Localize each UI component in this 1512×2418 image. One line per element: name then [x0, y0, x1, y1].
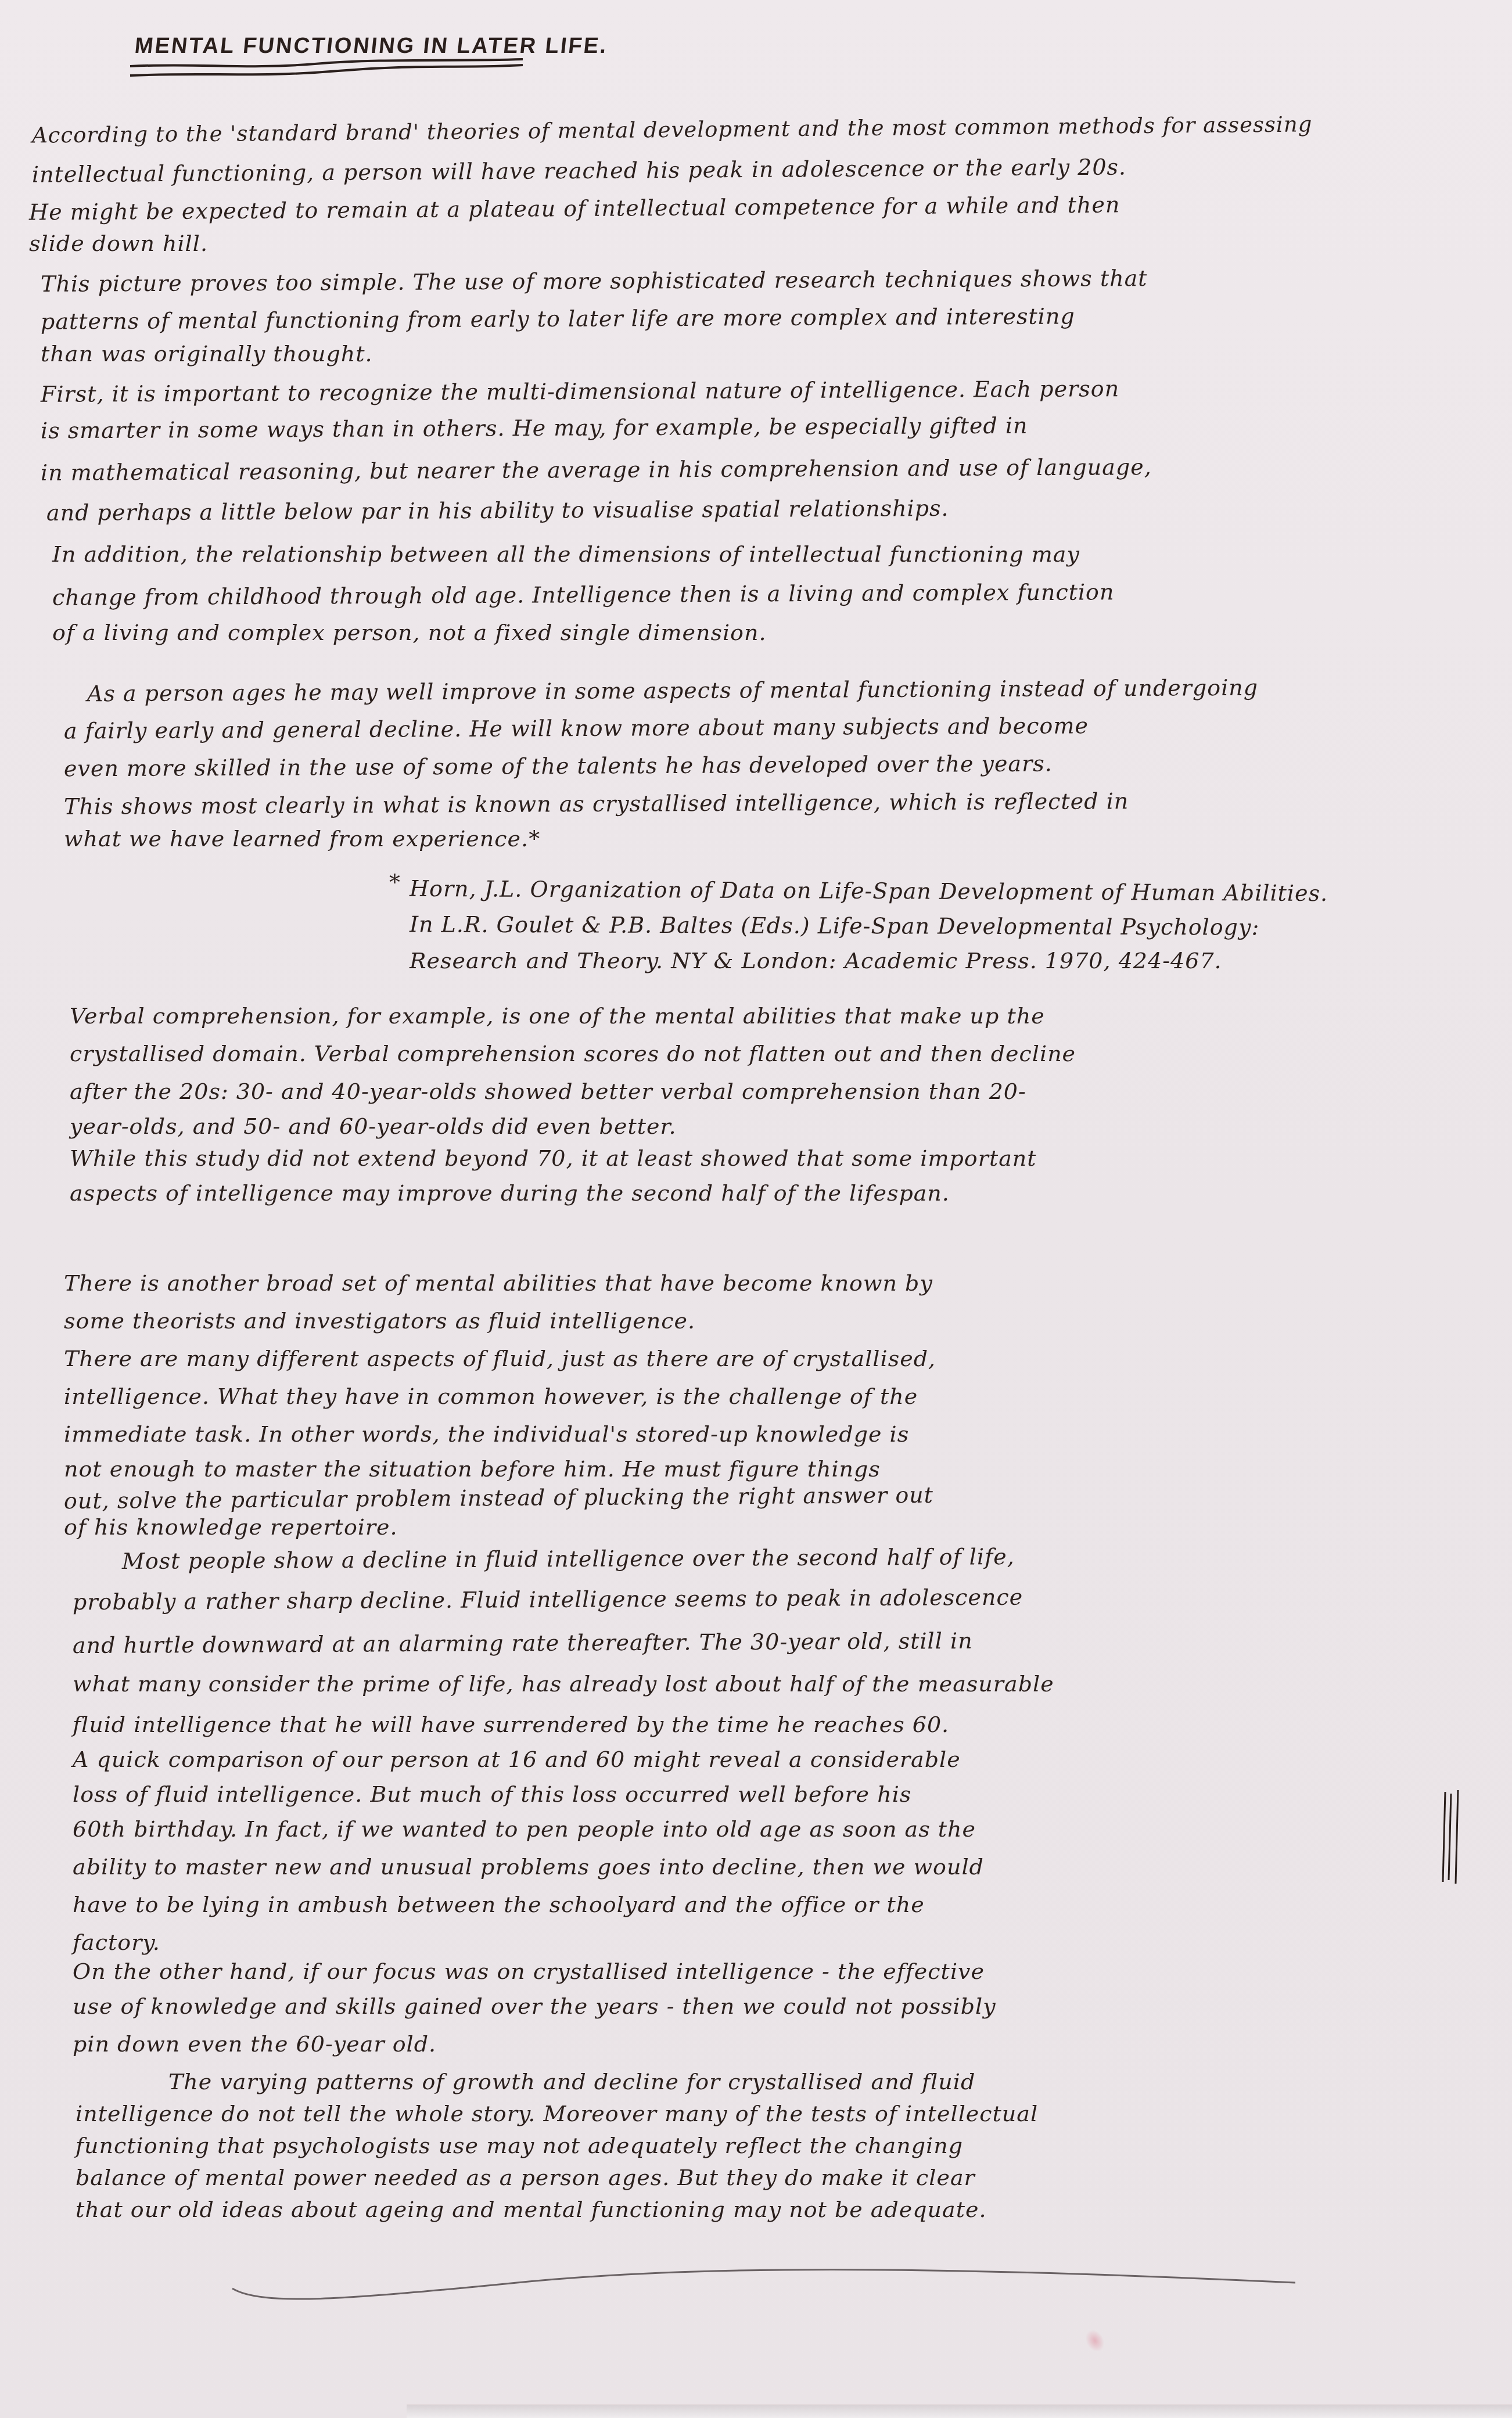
text-line: balance of mental power needed as a pers…	[76, 2167, 975, 2189]
text-line: patterns of mental functioning from earl…	[41, 305, 1075, 332]
text-line: loss of fluid intelligence. But much of …	[73, 1783, 911, 1805]
text-line: In addition, the relationship between al…	[52, 543, 1080, 565]
text-line: out, solve the particular problem instea…	[64, 1484, 933, 1512]
text-line: As a person ages he may well improve in …	[87, 677, 1258, 705]
text-line: immediate task. In other words, the indi…	[64, 1423, 909, 1445]
text-line: of his knowledge repertoire.	[64, 1516, 398, 1538]
text-line: fluid intelligence that he will have sur…	[73, 1713, 949, 1736]
text-line: He might be expected to remain at a plat…	[29, 193, 1120, 223]
text-line: a fairly early and general decline. He w…	[64, 714, 1089, 742]
text-line: change from childhood through old age. I…	[52, 581, 1115, 609]
text-line: than was originally thought.	[41, 343, 373, 365]
text-line: use of knowledge and skills gained over …	[73, 1995, 996, 2017]
paper-sheet: MENTAL FUNCTIONING IN LATER LIFE. Accord…	[0, 0, 1512, 2418]
text-line: intelligence. What they have in common h…	[64, 1385, 918, 1407]
text-line: According to the 'standard brand' theori…	[32, 113, 1313, 146]
text-line: This shows most clearly in what is known…	[64, 790, 1129, 818]
text-line: after the 20s: 30- and 40-year-olds show…	[70, 1080, 1026, 1102]
text-line: year-olds, and 50- and 60-year-olds did …	[70, 1115, 677, 1137]
text-line: intelligence do not tell the whole story…	[76, 2103, 1038, 2125]
text-line: what many consider the prime of life, ha…	[73, 1673, 1054, 1695]
text-line: what we have learned from experience.*	[64, 828, 540, 850]
page-title: MENTAL FUNCTIONING IN LATER LIFE.	[134, 34, 609, 59]
text-line: The varying patterns of growth and decli…	[168, 2071, 975, 2093]
text-line: A quick comparison of our person at 16 a…	[73, 1748, 961, 1770]
text-line: in mathematical reasoning, but nearer th…	[41, 456, 1152, 484]
text-line: While this study did not extend beyond 7…	[70, 1147, 1037, 1169]
text-line: aspects of intelligence may improve duri…	[70, 1182, 950, 1204]
text-line: This picture proves too simple. The use …	[41, 267, 1148, 295]
text-line: 60th birthday. In fact, if we wanted to …	[73, 1818, 976, 1840]
text-line: intellectual functioning, a person will …	[32, 156, 1126, 185]
text-line: ability to master new and unusual proble…	[73, 1856, 984, 1878]
footnote-line: In L.R. Goulet & P.B. Baltes (Eds.) Life…	[410, 913, 1259, 938]
text-line: is smarter in some ways than in others. …	[41, 415, 1028, 442]
footnote-line: Horn, J.L. Organization of Data on Life-…	[410, 878, 1328, 904]
text-line: have to be lying in ambush between the s…	[73, 1894, 925, 1916]
text-line: functioning that psychologists use may n…	[76, 2135, 963, 2157]
paper-bottom-edge	[407, 2405, 1512, 2418]
text-line: and perhaps a little below par in his ab…	[46, 497, 949, 524]
text-line: There is another broad set of mental abi…	[64, 1272, 933, 1294]
text-line: Most people show a decline in fluid inte…	[122, 1546, 1015, 1572]
text-line: probably a rather sharp decline. Fluid i…	[73, 1586, 1023, 1614]
text-line: There are many different aspects of flui…	[64, 1348, 936, 1370]
text-line: of a living and complex person, not a fi…	[52, 621, 766, 644]
text-line: some theorists and investigators as flui…	[64, 1310, 695, 1332]
margin-tally-marks	[1441, 1789, 1464, 1894]
text-line: not enough to master the situation befor…	[64, 1458, 881, 1480]
text-line: slide down hill.	[29, 232, 208, 254]
text-line: crystallised domain. Verbal comprehensio…	[70, 1043, 1076, 1065]
text-line: even more skilled in the use of some of …	[64, 753, 1053, 780]
text-line: and hurtle downward at an alarming rate …	[73, 1630, 973, 1657]
text-line: On the other hand, if our focus was on c…	[73, 1960, 985, 1982]
text-line: that our old ideas about ageing and ment…	[76, 2198, 987, 2221]
text-line: pin down even the 60-year old.	[73, 2033, 436, 2055]
red-stain	[1082, 2326, 1108, 2355]
title-double-underline	[129, 58, 524, 81]
footnote-line: Research and Theory. NY & London: Academ…	[410, 950, 1222, 972]
closing-pencil-stroke	[227, 2265, 1301, 2312]
footnote-marker: *	[389, 871, 401, 893]
text-line: Verbal comprehension, for example, is on…	[70, 1005, 1045, 1027]
text-line: First, it is important to recognize the …	[41, 378, 1119, 405]
text-line: factory.	[73, 1931, 160, 1953]
